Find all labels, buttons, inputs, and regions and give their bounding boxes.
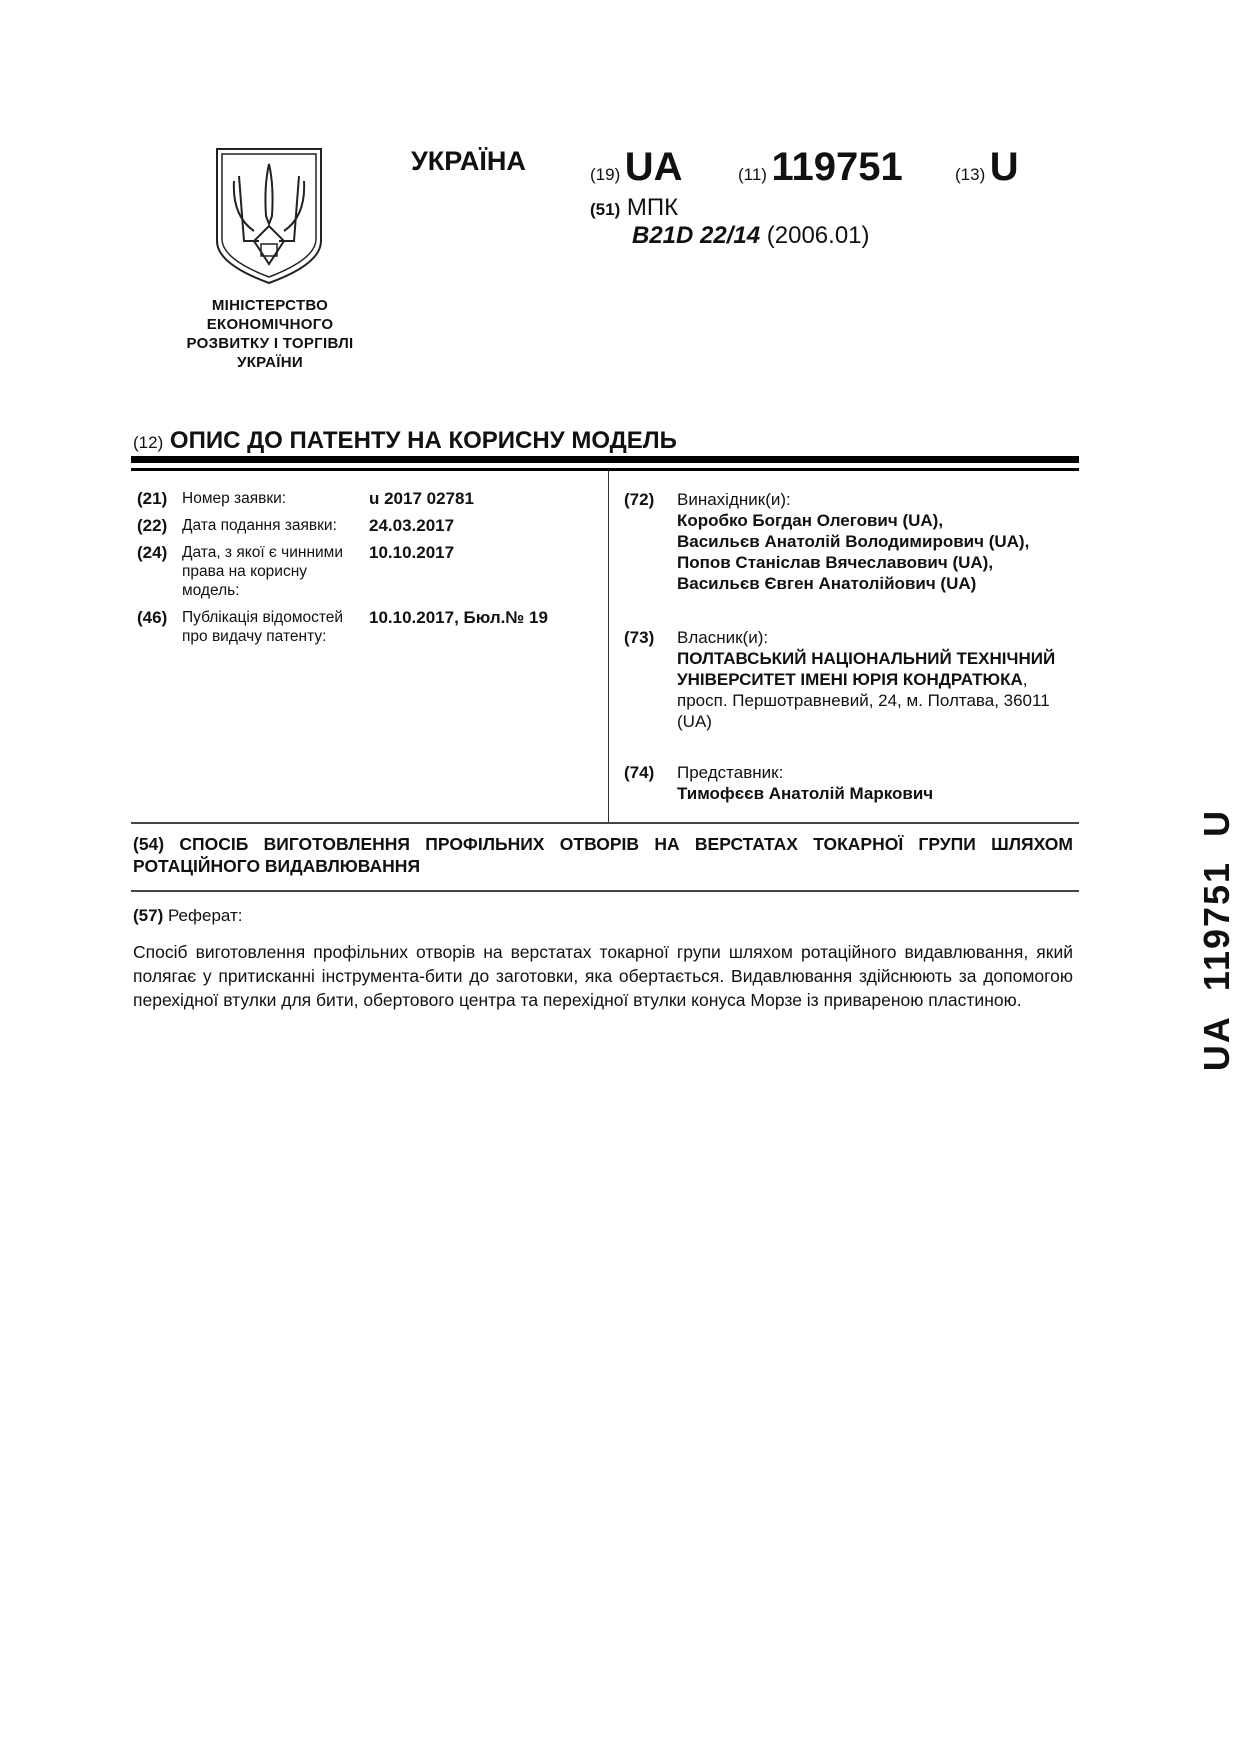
filing-date-field: (22) Дата подання заявки: 24.03.2017 [137,516,597,538]
effective-date-field: (24) Дата, з якої є чинними права на кор… [137,543,597,603]
field-value: 10.10.2017 [369,543,454,562]
ipc-version: (2006.01) [767,222,870,249]
inventors-field: (72) Винахідник(и): Коробко Богдан Олего… [624,489,1084,619]
stamp-kind: U [1196,809,1237,837]
field-code: (74) [624,762,654,783]
field-label: Номер заявки: [182,489,362,508]
ministry-line: УКРАЇНИ [170,353,370,372]
ministry-line: МІНІСТЕРСТВО [170,296,370,315]
side-stamp: UA119751U [1196,780,1240,1100]
field-code: (11) [738,165,767,184]
owner-name: ПОЛТАВСЬКИЙ НАЦІОНАЛЬНИЙ ТЕХНІЧНИЙ УНІВЕ… [677,649,1055,689]
divider [131,456,1079,463]
country-code: UA [625,145,683,189]
inventor-name: Коробко Богдан Олегович (UA), [677,510,1087,531]
application-number-field: (21) Номер заявки: u 2017 02781 [137,489,597,511]
field-code: (24) [137,543,167,562]
field-code: (22) [137,516,167,535]
divider [131,890,1079,892]
inventor-name: Васильєв Анатолій Володимирович (UA), [677,531,1087,552]
abstract-heading: (57) Реферат: [133,906,243,926]
divider [131,822,1079,824]
ipc-class: B21D 22/14 [632,222,760,249]
field-code: (54) [133,834,164,854]
owner-field: (73) Власник(и): ПОЛТАВСЬКИЙ НАЦІОНАЛЬНИ… [624,627,1084,757]
field-code: (13) [955,165,985,184]
invention-title: (54) СПОСІБ ВИГОТОВЛЕННЯ ПРОФІЛЬНИХ ОТВО… [133,833,1073,877]
field-label: Представник: [677,762,1087,783]
field-value: 24.03.2017 [369,516,454,535]
stamp-number: 119751 [1196,861,1237,991]
invention-title-text: СПОСІБ ВИГОТОВЛЕННЯ ПРОФІЛЬНИХ ОТВОРІВ Н… [133,834,1073,876]
publication-field: (46) Публікація відомостей про видачу па… [137,608,597,648]
ipc-classification: B21D 22/14 (2006.01) [632,222,870,250]
ipc-field: (51) МПК [590,194,678,222]
country-name: УКРАЇНА [411,146,526,177]
inventor-name: Васильєв Євген Анатолійович (UA) [677,573,1087,594]
abstract-label: Реферат: [168,906,243,925]
field-code: (46) [137,608,167,627]
field-label: Власник(и): [677,627,1087,648]
document-title-text: ОПИС ДО ПАТЕНТУ НА КОРИСНУ МОДЕЛЬ [170,427,677,454]
field-code: (19) [590,165,620,184]
field-label: Дата, з якої є чинними права на корисну … [182,543,362,600]
field-value: 10.10.2017, Бюл.№ 19 [369,608,548,627]
representative-name: Тимофєєв Анатолій Маркович [677,783,1087,804]
patent-number: 119751 [771,145,902,189]
ministry-name: МІНІСТЕРСТВО ЕКОНОМІЧНОГО РОЗВИТКУ І ТОР… [170,296,370,372]
kind-code-field: (13) U [955,145,1019,190]
field-code: (21) [137,489,167,508]
ministry-line: ЕКОНОМІЧНОГО [170,315,370,334]
document-title: (12) ОПИС ДО ПАТЕНТУ НА КОРИСНУ МОДЕЛЬ [133,427,677,455]
ipc-title: МПК [627,194,678,221]
field-value: u 2017 02781 [369,489,474,508]
trident-coat-of-arms-icon [214,146,324,286]
field-label: Публікація відомостей про видачу патенту… [182,608,360,646]
country-code-field: (19) UA [590,145,682,190]
kind-code: U [990,145,1019,189]
inventor-name: Попов Станіслав Вячеславович (UA), [677,552,1087,573]
owner-address: просп. Першотравневий, 24, м. Полтава, 3… [677,690,1087,732]
patent-number-field: (11) 119751 [738,145,903,190]
field-label: Винахідник(и): [677,489,1087,510]
field-code: (73) [624,627,654,648]
ministry-line: РОЗВИТКУ І ТОРГІВЛІ [170,334,370,353]
abstract-text: Спосіб виготовлення профільних отворів н… [133,940,1073,1012]
field-code: (72) [624,489,654,510]
field-code: (12) [133,433,163,452]
field-label: Дата подання заявки: [182,516,362,535]
representative-field: (74) Представник: Тимофєєв Анатолій Марк… [624,762,1084,806]
field-code: (57) [133,906,163,925]
stamp-country: UA [1196,1015,1237,1071]
divider [131,468,1079,471]
column-divider [608,471,609,823]
field-code: (51) [590,200,620,219]
